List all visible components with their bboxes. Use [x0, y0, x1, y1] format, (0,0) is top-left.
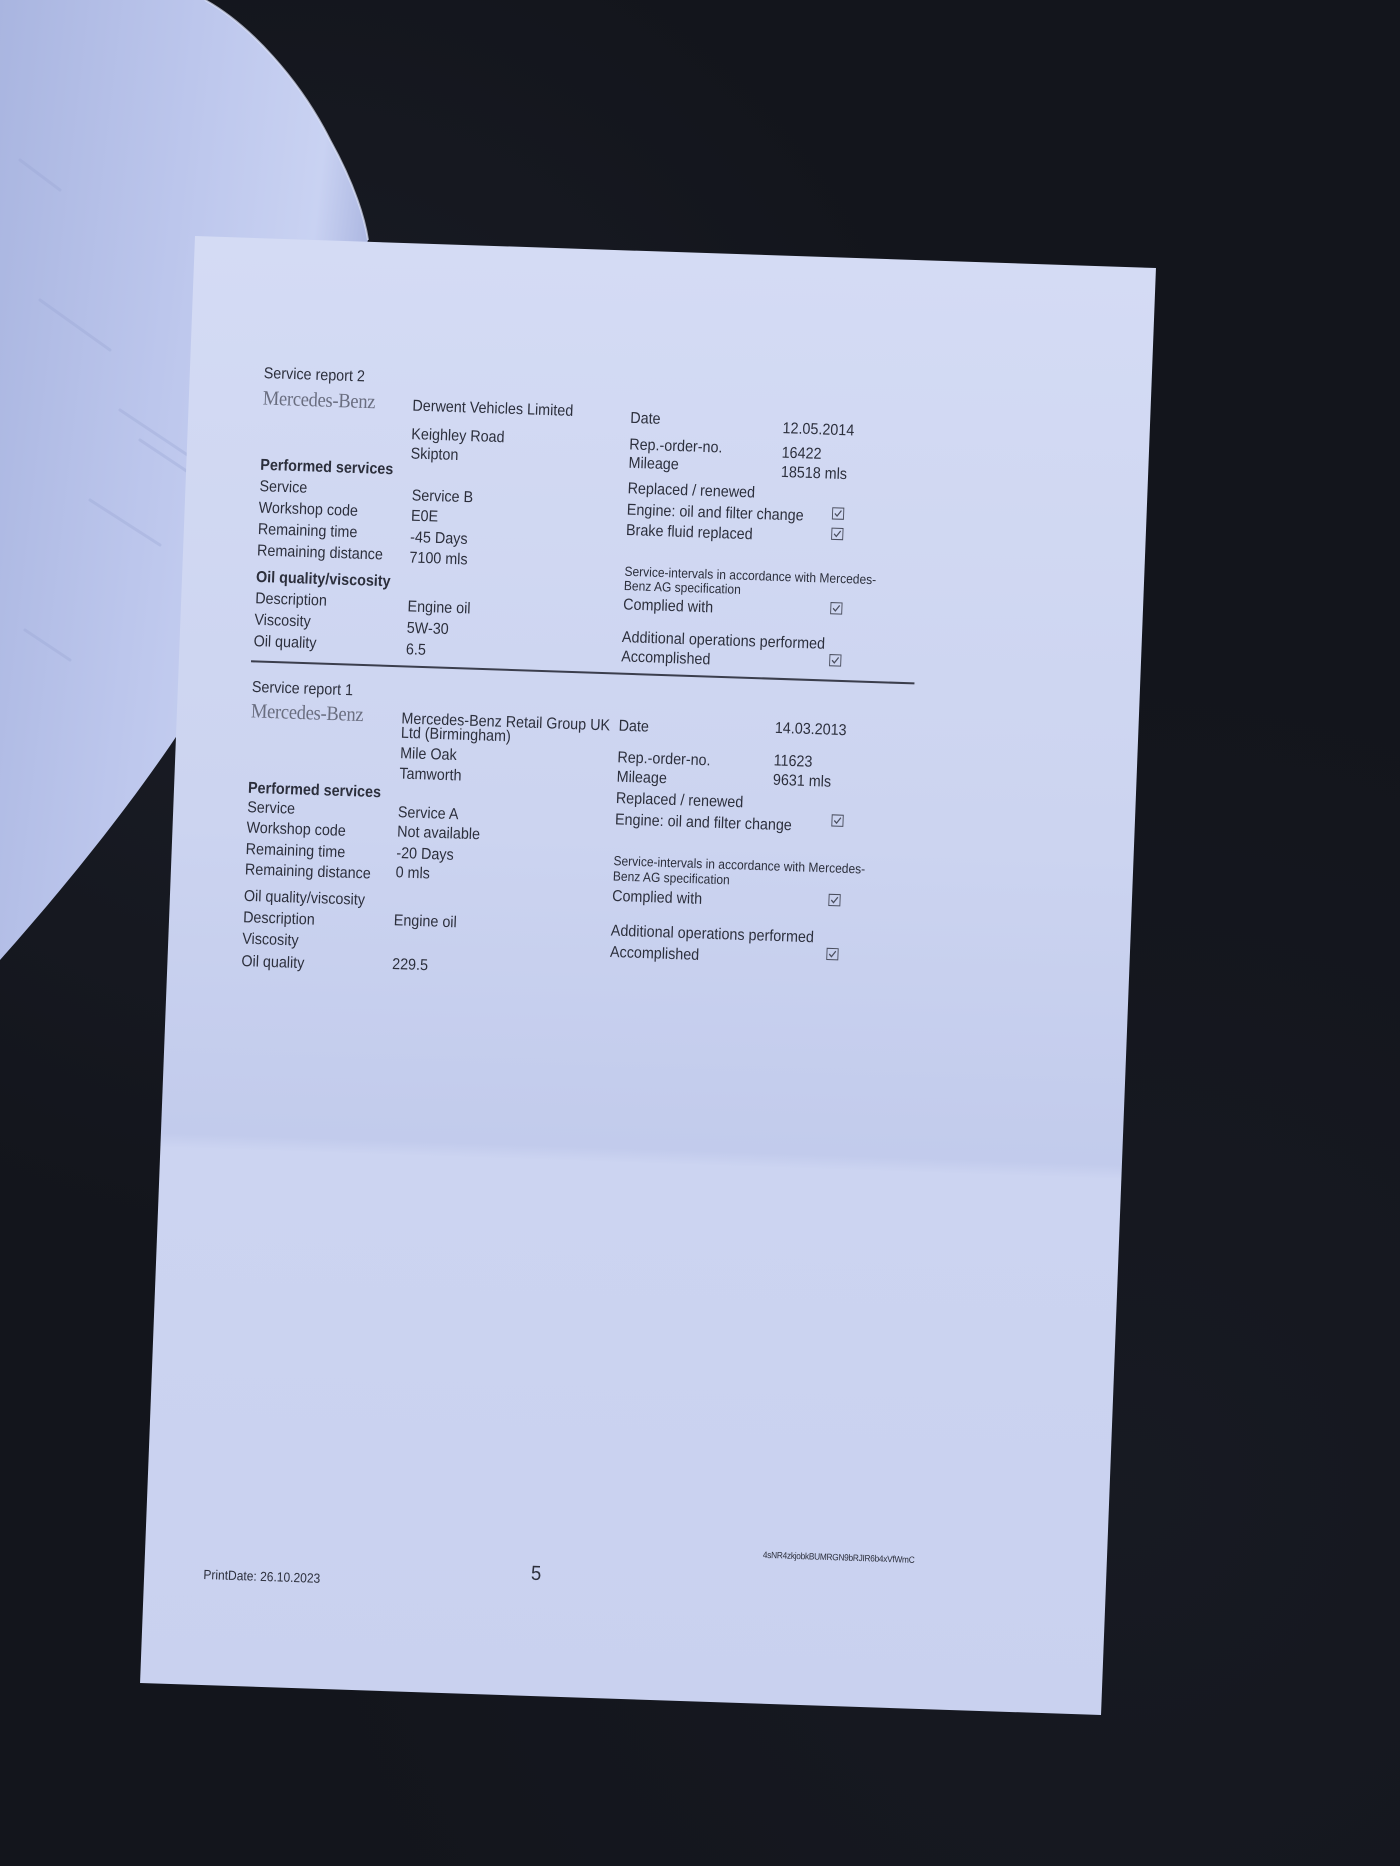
rep-order-label: Rep.-order-no.: [629, 437, 723, 457]
remaining-distance-value: 7100 mls: [409, 550, 468, 569]
description-label: Description: [255, 591, 327, 610]
description-value: Engine oil: [407, 599, 471, 618]
oil-quality-label: Oil quality: [253, 634, 317, 653]
checkbox-checked-icon: [826, 948, 838, 961]
oil-quality-label: Oil quality: [241, 954, 305, 973]
page-number: 5: [530, 1563, 541, 1585]
service-value: Service A: [398, 805, 459, 824]
description-label: Description: [243, 910, 315, 929]
date-label: Date: [618, 718, 649, 736]
service-label: Service: [247, 800, 295, 818]
service-label: Service: [259, 479, 307, 497]
remaining-distance-value: 0 mls: [395, 865, 430, 883]
date-value: 12.05.2014: [782, 421, 854, 440]
checkbox-checked-icon: [831, 814, 843, 827]
mileage-label: Mileage: [628, 456, 679, 474]
report-title: Service report 1: [252, 680, 354, 700]
workshop-code-value: E0E: [411, 508, 439, 525]
rep-order-value: 16422: [781, 445, 821, 463]
rep-order-value: 11623: [773, 753, 812, 771]
date-label: Date: [630, 411, 661, 429]
remaining-time-label: Remaining time: [258, 522, 358, 542]
checkbox-checked-icon: [830, 602, 842, 615]
checkbox-checked-icon: [831, 528, 843, 541]
workshop-code-label: Workshop code: [246, 820, 346, 840]
complied-label: Complied with: [623, 597, 714, 617]
remaining-time-value: -20 Days: [396, 846, 454, 864]
mileage-value: 9631 mls: [773, 773, 832, 792]
dealer-address-line1: Mile Oak: [400, 746, 457, 764]
dealer-address-line2: Skipton: [410, 446, 458, 464]
brand-logo-text: Mercedes-Benz: [251, 701, 364, 726]
workshop-code-value: Not available: [397, 824, 480, 843]
workshop-code-label: Workshop code: [258, 500, 358, 520]
date-value: 14.03.2013: [775, 721, 847, 740]
checkbox-checked-icon: [828, 894, 840, 907]
remaining-time-label: Remaining time: [245, 842, 345, 862]
complied-label: Complied with: [612, 889, 703, 909]
accomplished-label: Accomplished: [610, 945, 700, 965]
viscosity-label: Viscosity: [242, 931, 299, 949]
mileage-value: 18518 mls: [781, 465, 848, 484]
viscosity-label: Viscosity: [254, 612, 311, 630]
checkbox-checked-icon: [829, 654, 841, 667]
service-value: Service B: [411, 488, 473, 507]
checkbox-checked-icon: [832, 507, 844, 520]
dealer-address-line2: Tamworth: [399, 766, 462, 785]
accomplished-label: Accomplished: [621, 649, 711, 669]
remaining-time-value: -45 Days: [410, 530, 468, 548]
oil-quality-value: 229.5: [392, 957, 428, 975]
brand-logo-text: Mercedes-Benz: [262, 388, 375, 413]
oil-quality-value: 6.5: [406, 642, 427, 659]
rep-order-label: Rep.-order-no.: [617, 750, 711, 770]
description-value: Engine oil: [393, 913, 457, 932]
report-title: Service report 2: [263, 366, 365, 386]
service-record-page: Service report 2 Mercedes-Benz Derwent V…: [140, 236, 1156, 1715]
viscosity-value: 5W-30: [406, 621, 449, 639]
dealer-address-line1: Keighley Road: [411, 427, 505, 447]
mileage-label: Mileage: [616, 769, 667, 787]
